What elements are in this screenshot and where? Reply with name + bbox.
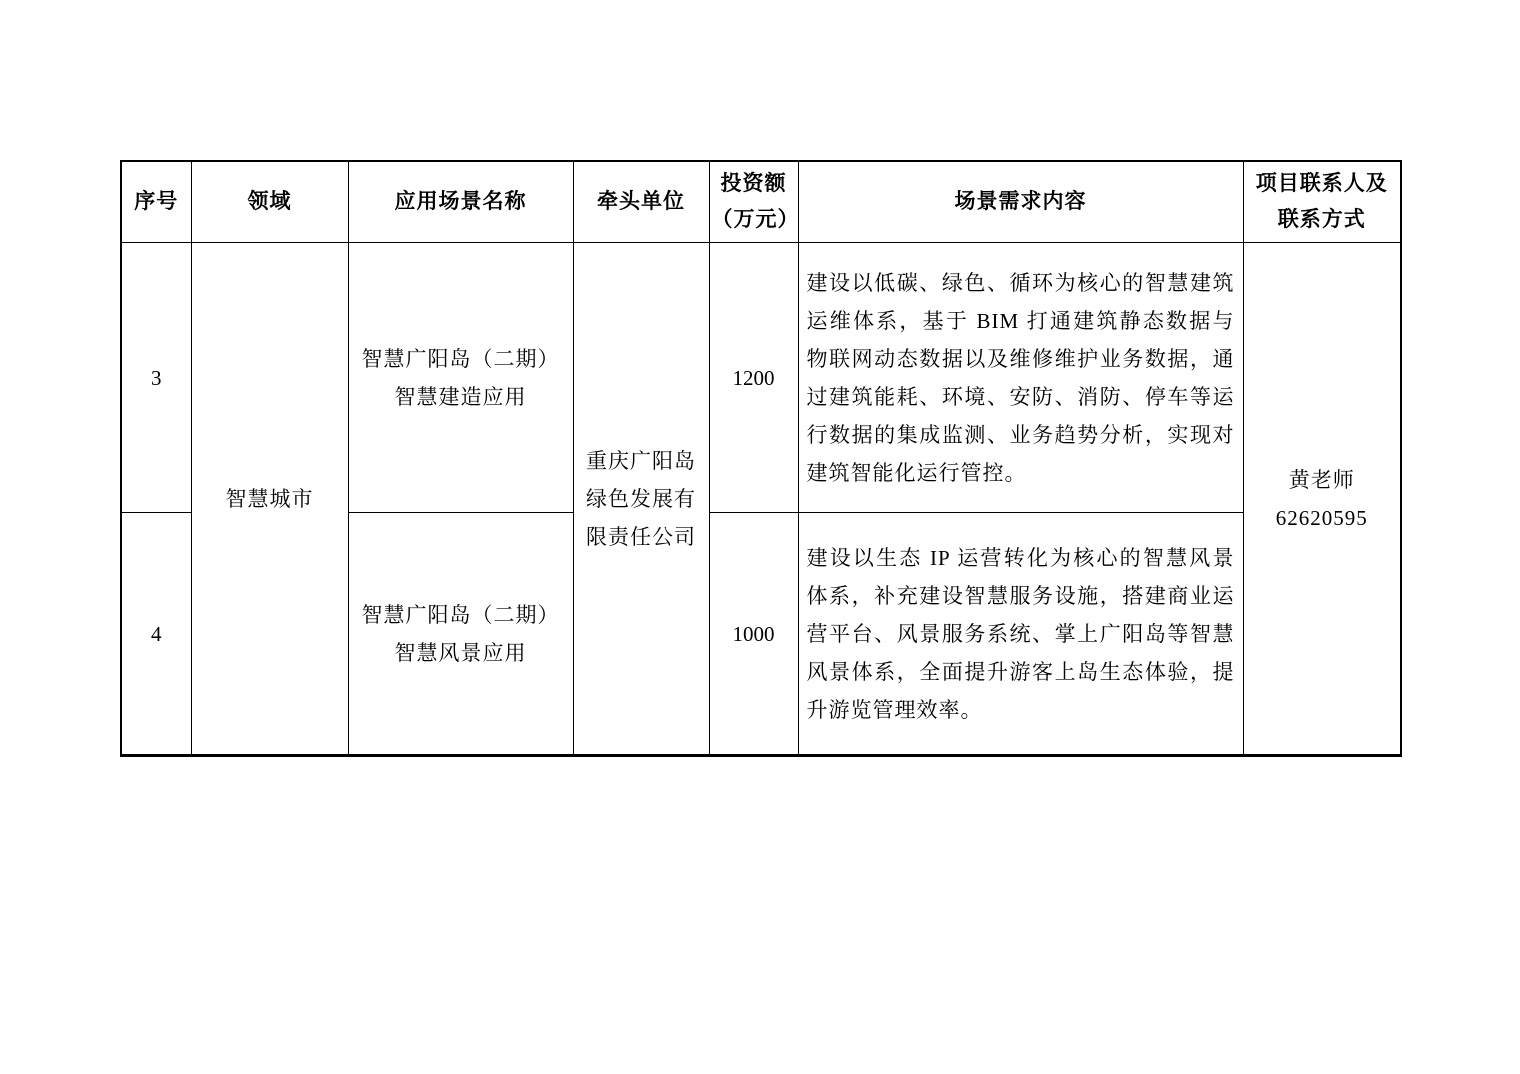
scenario-name-cell: 智慧广阳岛（二期） 智慧建造应用 [348,243,573,513]
domain-cell: 智慧城市 [191,243,348,756]
requirement-cell: 建设以低碳、绿色、循环为核心的智慧建筑运维体系，基于 BIM 打通建筑静态数据与… [798,243,1243,513]
header-requirement: 场景需求内容 [798,161,1243,243]
seq-cell: 3 [121,243,191,513]
table-header-row: 序号 领域 应用场景名称 牵头单位 投资额 （万元） 场景需求内容 项目联系人及… [121,161,1401,243]
header-contact: 项目联系人及 联系方式 [1243,161,1401,243]
header-seq: 序号 [121,161,191,243]
requirement-cell: 建设以生态 IP 运营转化为核心的智慧风景体系，补充建设智慧服务设施，搭建商业运… [798,513,1243,756]
scenario-name-cell: 智慧广阳岛（二期） 智慧风景应用 [348,513,573,756]
investment-cell: 1200 [709,243,798,513]
header-lead-unit: 牵头单位 [573,161,709,243]
header-scenario-name: 应用场景名称 [348,161,573,243]
table-row-3: 3 智慧城市 智慧广阳岛（二期） 智慧建造应用 重庆广阳岛 绿色发展有 限责任公… [121,243,1401,513]
contact-cell: 黄老师 62620595 [1243,243,1401,756]
investment-cell: 1000 [709,513,798,756]
scenario-table: 序号 领域 应用场景名称 牵头单位 投资额 （万元） 场景需求内容 项目联系人及… [120,160,1402,757]
lead-unit-cell: 重庆广阳岛 绿色发展有 限责任公司 [573,243,709,756]
seq-cell: 4 [121,513,191,756]
header-domain: 领域 [191,161,348,243]
header-investment: 投资额 （万元） [709,161,798,243]
document-page: 序号 领域 应用场景名称 牵头单位 投资额 （万元） 场景需求内容 项目联系人及… [0,0,1520,1074]
